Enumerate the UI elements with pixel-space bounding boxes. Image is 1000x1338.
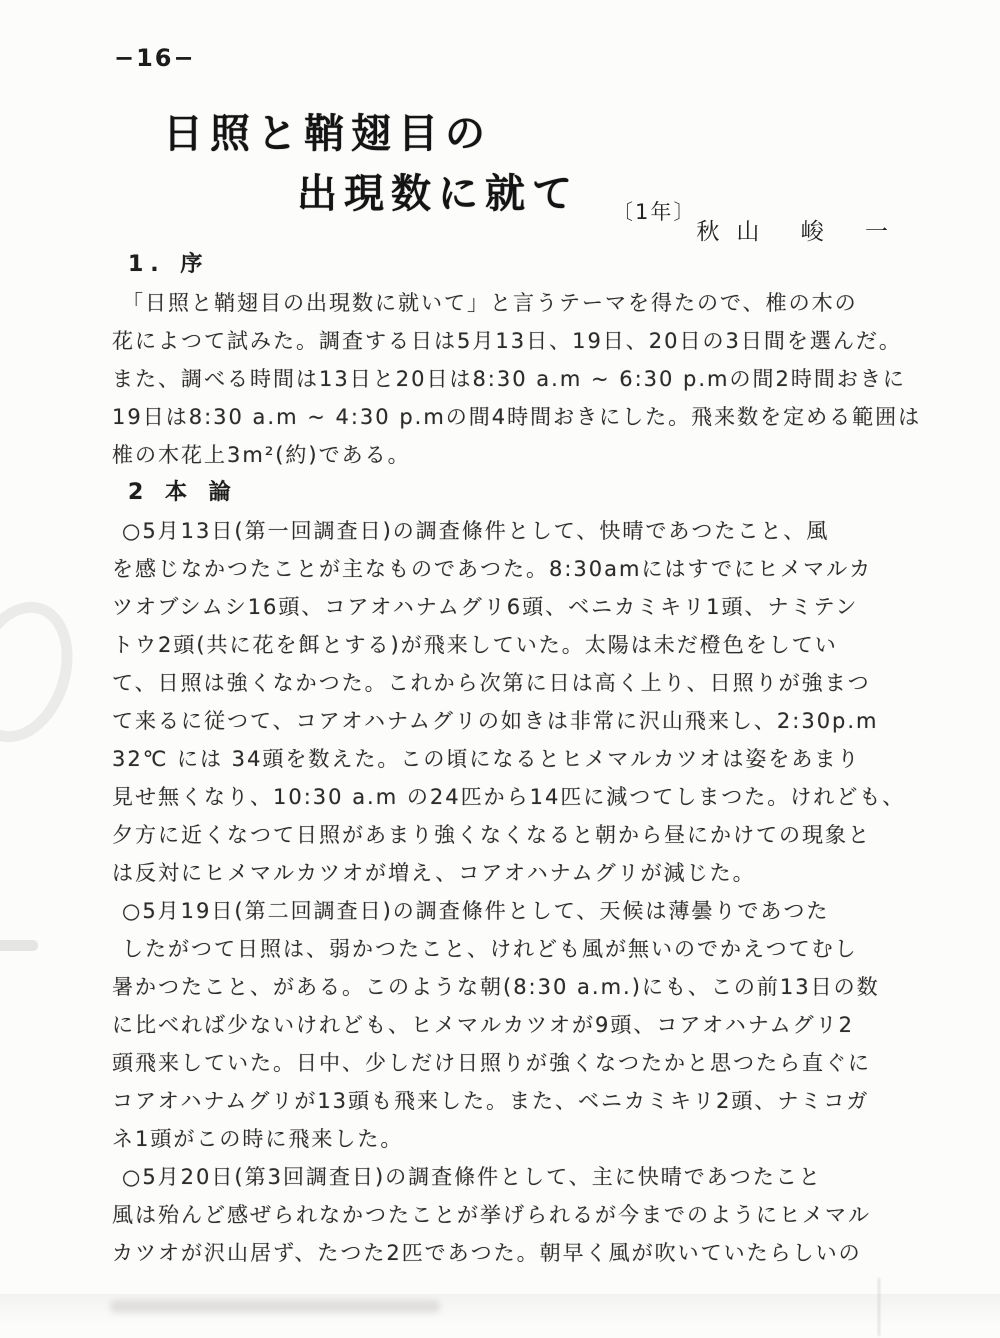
scan-vertical-line [878, 1278, 880, 1336]
text-line: カツオが沢山居ず、たつた2匹であつた。朝早く風が吹いていたらしいの [112, 1234, 932, 1272]
text-line: ネ1頭がこの時に飛来した。 [112, 1120, 932, 1158]
scanned-document-page: −16− 日照と鞘翅目の 出現数に就て 〔1年〕秋山 峻 一 1. 序「日照と鞘… [0, 0, 1000, 1338]
section-heading: 2 本 論 [112, 474, 932, 512]
scan-ghost-text [110, 1300, 440, 1313]
page-number: −16− [114, 44, 196, 72]
text-line: ○5月20日(第3回調査日)の調査條件として、主に快晴であつたこと [112, 1158, 932, 1196]
text-line: ○5月19日(第二回調査日)の調査條件として、天候は薄曇りであつた [112, 892, 932, 930]
scan-smudge-arc [0, 588, 90, 756]
text-line: 19日は8:30 a.m ~ 4:30 p.mの間4時間おきにした。飛来数を定め… [112, 398, 932, 436]
title-line-1: 日照と鞘翅目の [163, 102, 492, 159]
text-line: て、日照は強くなかつた。これから次第に日は高く上り、日照りが強まつ [112, 664, 932, 702]
text-line: 花によつて試みた。調査する日は5月13日、19日、20日の3日間を選んだ。 [112, 322, 932, 360]
text-line: 風は殆んど感ぜられなかつたことが挙げられるが今までのようにヒメマル [112, 1196, 932, 1234]
text-line: 頭飛来していた。日中、少しだけ日照りが強くなつたかと思つたら直ぐに [112, 1044, 932, 1082]
text-line: トウ2頭(共に花を餌とする)が飛来していた。太陽は未だ橙色をしてい [112, 626, 932, 664]
text-line: ツオブシムシ16頭、コアオハナムグリ6頭、ベニカミキリ1頭、ナミテン [112, 588, 932, 626]
text-line: 「日照と鞘翅目の出現数に就いて」と言うテーマを得たので、椎の木の [112, 284, 932, 322]
document-body: 1. 序「日照と鞘翅目の出現数に就いて」と言うテーマを得たので、椎の木の花によつ… [112, 246, 932, 1272]
text-line: また、調べる時間は13日と20日は8:30 a.m ~ 6:30 p.mの間2時… [112, 360, 932, 398]
author-grade: 〔1年〕 [612, 200, 696, 224]
author-name: 秋山 峻 一 [696, 213, 905, 246]
text-line: 夕方に近くなつて日照があまり強くなくなると朝から昼にかけての現象と [112, 816, 932, 854]
text-line: コアオハナムグリが13頭も飛来した。また、ベニカミキリ2頭、ナミコガ [112, 1082, 932, 1120]
section-heading: 1. 序 [112, 246, 932, 284]
title-line-2: 出現数に就て [297, 162, 579, 219]
text-line: 暑かつたこと、がある。このような朝(8:30 a.m.)にも、この前13日の数 [112, 968, 932, 1006]
text-line: ○5月13日(第一回調査日)の調査條件として、快晴であつたこと、風 [112, 512, 932, 550]
text-line: て来るに従つて、コアオハナムグリの如きは非常に沢山飛来し、2:30p.m [112, 702, 932, 740]
text-line: したがつて日照は、弱かつたこと、けれども風が無いのでかえつてむし [112, 930, 932, 968]
text-line: を感じなかつたことが主なものであつた。8:30amにはすでにヒメマルカ [112, 550, 932, 588]
text-line: に比べれば少ないけれども、ヒメマルカツオが9頭、コアオハナムグリ2 [112, 1006, 932, 1044]
author-byline: 〔1年〕秋山 峻 一 [612, 196, 905, 229]
text-line: 見せ無くなり、10:30 a.m の24匹から14匹に減つてしまつた。けれども、 [112, 778, 932, 816]
scan-smudge-dash [0, 940, 38, 951]
text-line: は反対にヒメマルカツオが増え、コアオハナムグリが減じた。 [112, 854, 932, 892]
text-line: 椎の木花上3m²(約)である。 [112, 436, 932, 474]
text-line: 32℃ には 34頭を数えた。この頃になるとヒメマルカツオは姿をあまり [112, 740, 932, 778]
